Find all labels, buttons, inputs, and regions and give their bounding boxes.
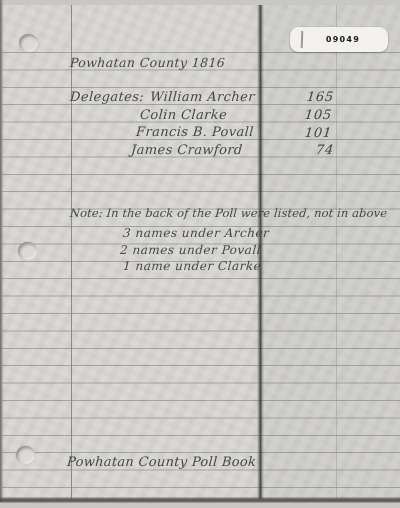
page-bottom-edge [0, 497, 400, 503]
note-item: 2 names under Povall [120, 244, 262, 257]
right-faint-rule [336, 5, 337, 499]
punch-hole-middle [18, 242, 37, 260]
note-item: 3 names under Archer [123, 227, 270, 240]
delegates-heading: Delegates: [70, 90, 145, 105]
note-item: 1 name under Clarke [123, 260, 262, 273]
delegate-name: Colin Clarke [140, 109, 228, 123]
archive-sticker: 09049 [290, 27, 388, 52]
note-line: Note: In the back of the Poll were liste… [70, 207, 388, 220]
vote-count: 74 [301, 143, 335, 158]
delegate-name: William Archer [150, 90, 256, 105]
vote-count: 105 [299, 108, 333, 123]
page-title: Powhatan County 1816 [70, 56, 226, 70]
footer-title: Powhatan County Poll Book [67, 456, 257, 470]
vote-count: 101 [299, 126, 333, 141]
archive-number: 09049 [318, 35, 360, 44]
punch-hole-bottom [16, 446, 35, 464]
page-left-edge [0, 0, 4, 502]
sticker-tick-mark [301, 31, 304, 48]
scanned-page-stage: 09049 Powhatan County 1816 Delegates:Wil… [0, 0, 400, 508]
delegate-name: Francis B. Povall [136, 126, 255, 140]
vote-count: 165 [301, 90, 335, 105]
delegates-line: Delegates:William Archer [70, 91, 256, 105]
margin-line [71, 5, 72, 499]
delegate-name: James Crawford [131, 144, 244, 158]
punch-hole-top [19, 34, 38, 52]
